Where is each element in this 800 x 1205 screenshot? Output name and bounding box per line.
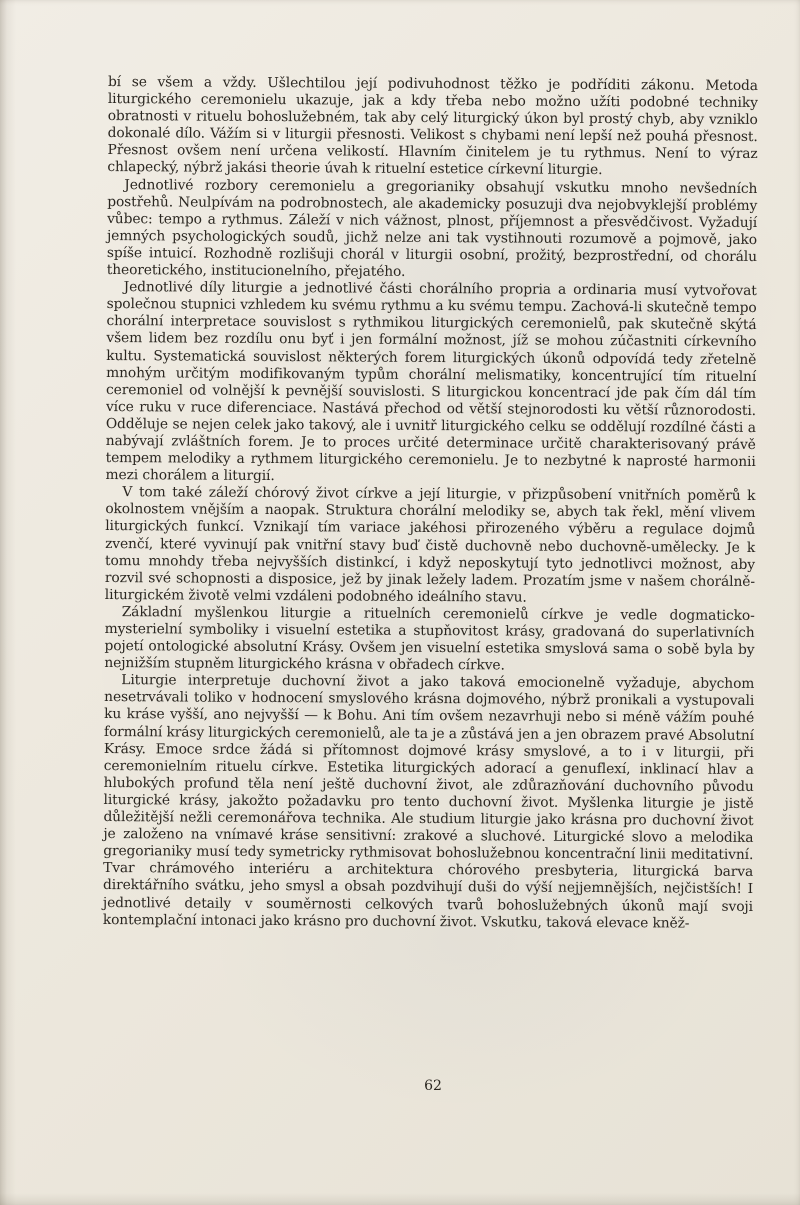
- paragraph: bí se všem a vždy. Ušlechtilou její podi…: [107, 74, 758, 181]
- paragraph: Liturgie interpretuje duchovní život a j…: [103, 672, 755, 932]
- page-number: 62: [108, 1078, 758, 1095]
- paragraph: Jednotlivé díly liturgie a jednotlivé čá…: [106, 279, 757, 488]
- paragraph: V tom také záleží chórový život církve a…: [105, 484, 756, 608]
- paragraph: Základní myšlenkou liturgie a rituelních…: [104, 604, 754, 676]
- page-text: bí se všem a vždy. Ušlechtilou její podi…: [103, 74, 758, 933]
- scanned-book-page: bí se všem a vždy. Ušlechtilou její podi…: [0, 0, 800, 1205]
- paragraph: Jednotlivé rozbory ceremonielu a gregori…: [107, 177, 758, 284]
